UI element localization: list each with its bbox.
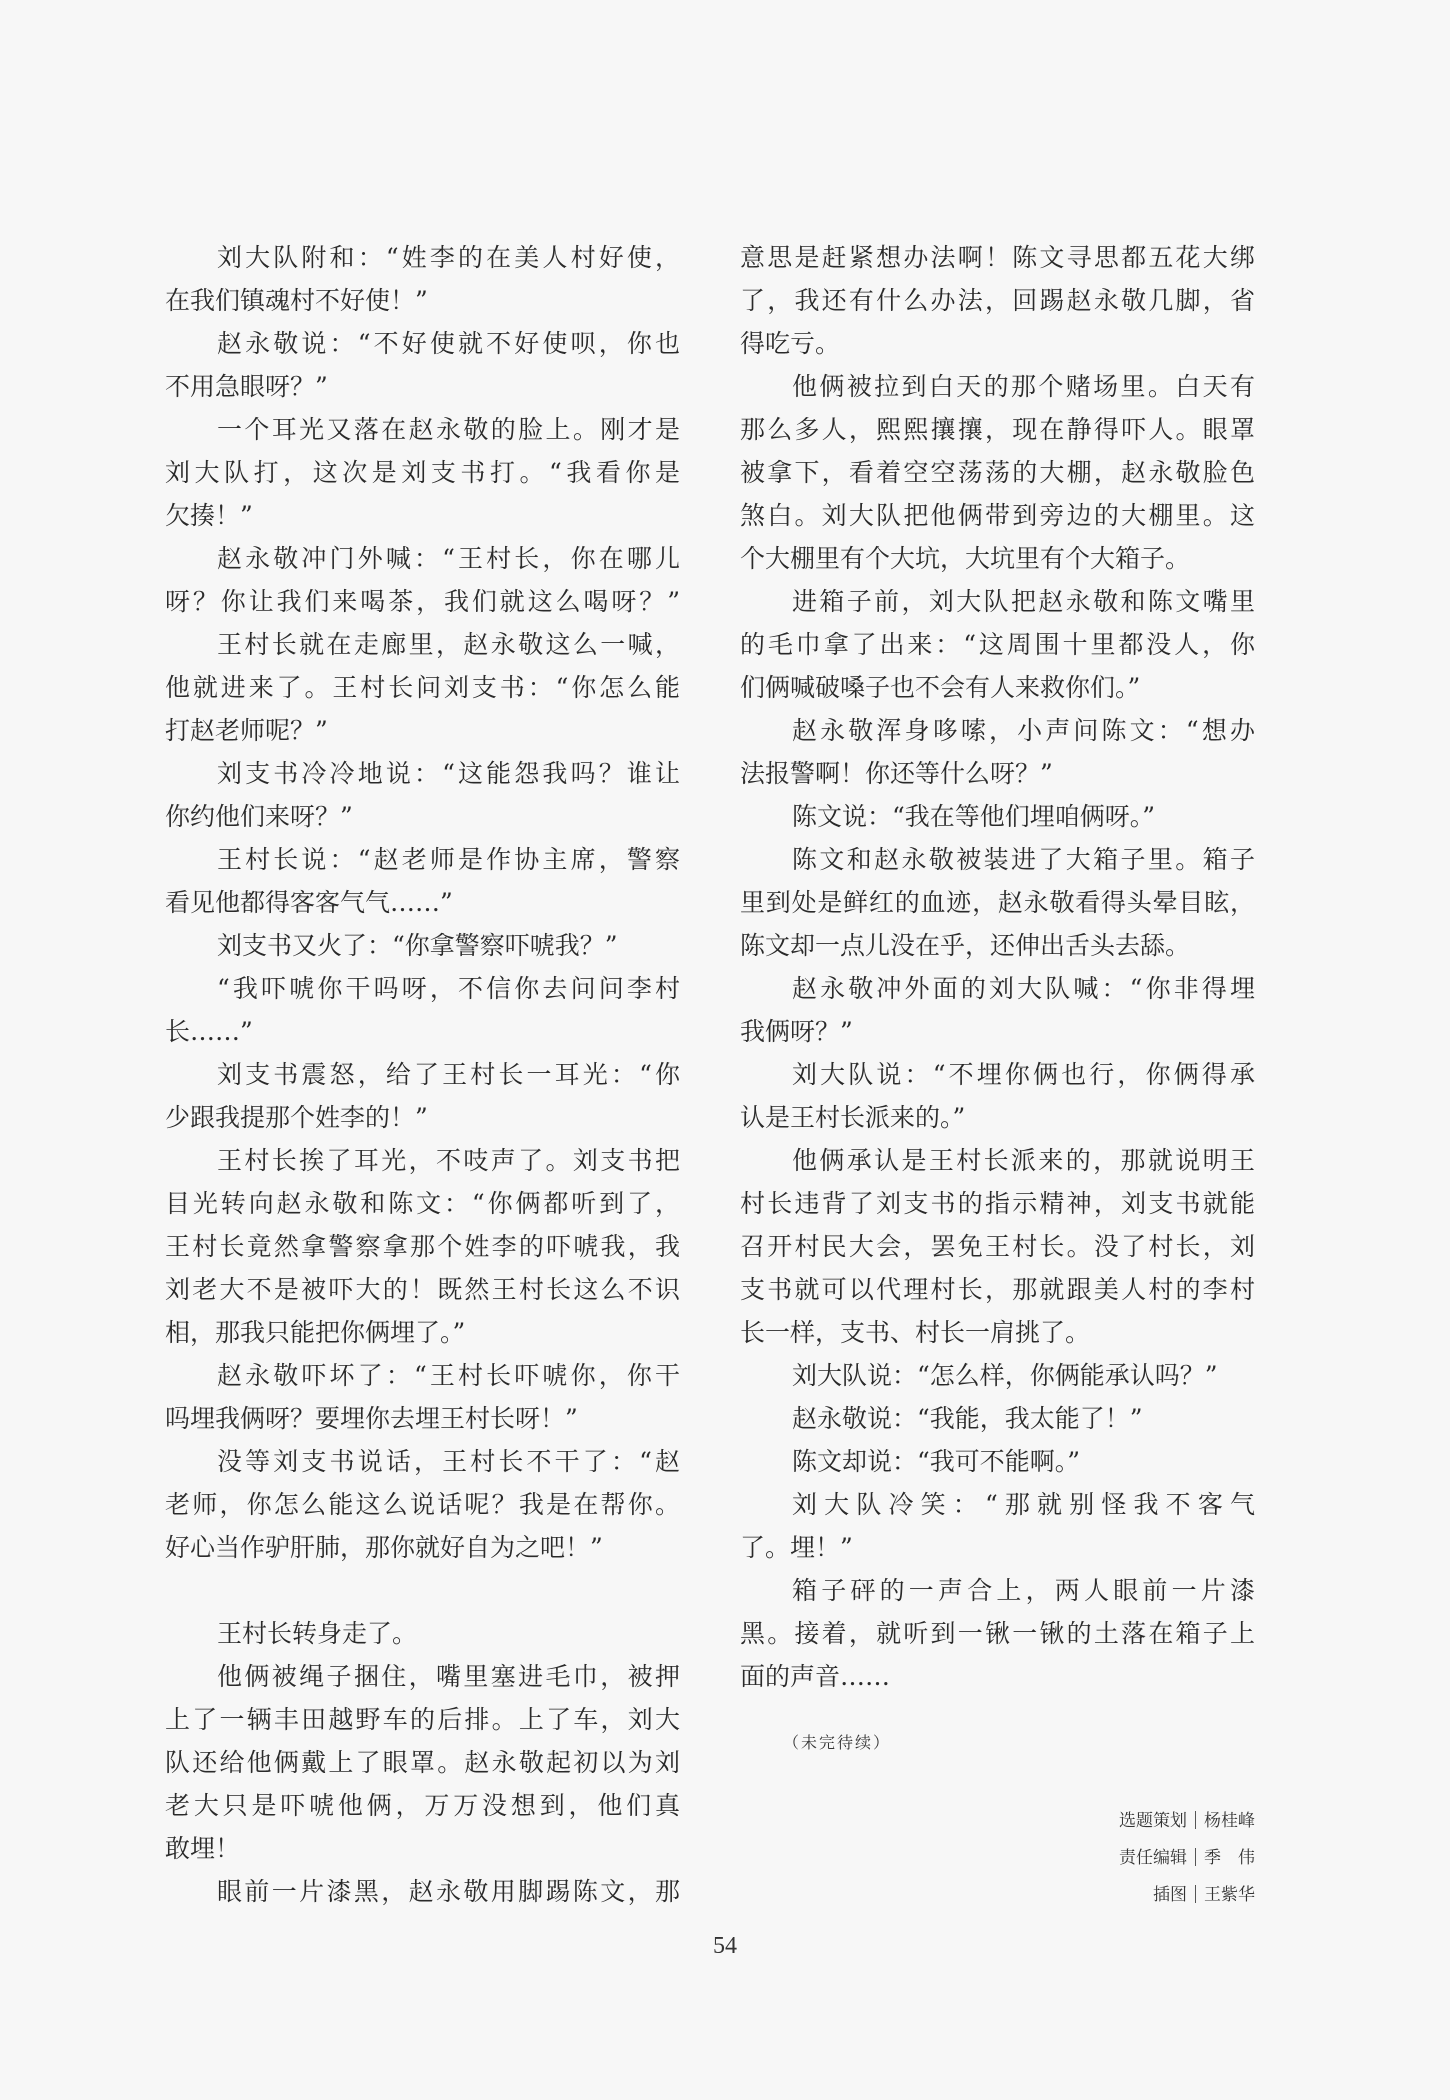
text-line: 面的声音……: [740, 1655, 1255, 1698]
text-line: 赵永敬浑身哆嗦，小声问陈文：“想办: [740, 709, 1255, 752]
text-line: 们俩喊破嗓子也不会有人来救你们。”: [740, 666, 1255, 709]
credit-divider: [1195, 1885, 1196, 1903]
credit-name: 王紫华: [1204, 1885, 1255, 1905]
credit-illustrator: 插图王紫华: [1119, 1880, 1255, 1917]
text-line: 赵永敬冲外面的刘大队喊：“你非得埋: [740, 967, 1255, 1010]
text-line: 王村长说：“赵老师是作协主席，警察: [165, 838, 680, 881]
credit-role: 插图: [1153, 1885, 1187, 1905]
text-line: 欠揍！”: [165, 494, 680, 537]
credit-role: 选题策划: [1119, 1811, 1187, 1831]
text-line: 了。埋！”: [740, 1526, 1255, 1569]
text-line: 认是王村长派来的。”: [740, 1096, 1255, 1139]
paragraph-gap: [165, 1569, 680, 1612]
text-line: 陈文却一点儿没在乎，还伸出舌头去舔。: [740, 924, 1255, 967]
text-line: 我俩呀？”: [740, 1010, 1255, 1053]
to-be-continued-note: （未完待续）: [783, 1730, 891, 1753]
text-line: 长一样，支书、村长一肩挑了。: [740, 1311, 1255, 1354]
text-line: 了，我还有什么办法，回踢赵永敬几脚，省: [740, 279, 1255, 322]
credit-role: 责任编辑: [1119, 1848, 1187, 1868]
left-column: 刘大队附和：“姓李的在美人村好使，在我们镇魂村不好使！”赵永敬说：“不好使就不好…: [165, 236, 680, 1913]
text-line: 他俩承认是王村长派来的，那就说明王: [740, 1139, 1255, 1182]
page-number: 54: [0, 1933, 1450, 1960]
text-line: 长……”: [165, 1010, 680, 1053]
text-line: 没等刘支书说话，王村长不干了：“赵: [165, 1440, 680, 1483]
text-line: 法报警啊！你还等什么呀？”: [740, 752, 1255, 795]
text-line: 王村长就在走廊里，赵永敬这么一喊，: [165, 623, 680, 666]
text-line: 刘大队说：“怎么样，你俩能承认吗？”: [740, 1354, 1255, 1397]
text-line: 意思是赶紧想办法啊！陈文寻思都五花大绑: [740, 236, 1255, 279]
credit-name: 杨桂峰: [1204, 1811, 1255, 1831]
text-line: 陈文说：“我在等他们埋咱俩呀。”: [740, 795, 1255, 838]
text-line: 村长违背了刘支书的指示精神，刘支书就能: [740, 1182, 1255, 1225]
text-line: 老师，你怎么能这么说话呢？我是在帮你。: [165, 1483, 680, 1526]
text-line: 不用急眼呀？”: [165, 365, 680, 408]
text-line: 刘大队打，这次是刘支书打。“我看你是: [165, 451, 680, 494]
text-line: 吗埋我俩呀？要埋你去埋王村长呀！”: [165, 1397, 680, 1440]
text-line: 好心当作驴肝肺，那你就好自为之吧！”: [165, 1526, 680, 1569]
text-line: 赵永敬吓坏了：“王村长吓唬你，你干: [165, 1354, 680, 1397]
text-line: 个大棚里有个大坑，大坑里有个大箱子。: [740, 537, 1255, 580]
text-line: 刘老大不是被吓大的！既然王村长这么不识: [165, 1268, 680, 1311]
text-line: 他俩被绳子捆住，嘴里塞进毛巾，被押: [165, 1655, 680, 1698]
text-line: 煞白。刘大队把他俩带到旁边的大棚里。这: [740, 494, 1255, 537]
text-line: 箱子砰的一声合上，两人眼前一片漆: [740, 1569, 1255, 1612]
text-line: “我吓唬你干吗呀，不信你去问问李村: [165, 967, 680, 1010]
text-line: 刘大队附和：“姓李的在美人村好使，: [165, 236, 680, 279]
text-line: 相，那我只能把你俩埋了。”: [165, 1311, 680, 1354]
text-line: 在我们镇魂村不好使！”: [165, 279, 680, 322]
text-line: 赵永敬说：“我能，我太能了！”: [740, 1397, 1255, 1440]
text-line: 王村长挨了耳光，不吱声了。刘支书把: [165, 1139, 680, 1182]
text-line: 少跟我提那个姓李的！”: [165, 1096, 680, 1139]
text-line: 刘大队说：“不埋你俩也行，你俩得承: [740, 1053, 1255, 1096]
text-line: 的毛巾拿了出来：“这周围十里都没人，你: [740, 623, 1255, 666]
text-line: 刘大队冷笑：“那就别怪我不客气: [740, 1483, 1255, 1526]
text-line: 刘支书冷冷地说：“这能怨我吗？谁让: [165, 752, 680, 795]
text-line: 刘支书又火了：“你拿警察吓唬我？”: [165, 924, 680, 967]
text-line: 他俩被拉到白天的那个赌场里。白天有: [740, 365, 1255, 408]
text-line: 陈文和赵永敬被装进了大箱子里。箱子: [740, 838, 1255, 881]
text-line: 敢埋！: [165, 1827, 680, 1870]
text-line: 队还给他俩戴上了眼罩。赵永敬起初以为刘: [165, 1741, 680, 1784]
text-line: 支书就可以代理村长，那就跟美人村的李村: [740, 1268, 1255, 1311]
text-line: 呀？你让我们来喝茶，我们就这么喝呀？”: [165, 580, 680, 623]
text-line: 王村长竟然拿警察拿那个姓李的吓唬我，我: [165, 1225, 680, 1268]
text-line: 他就进来了。王村长问刘支书：“你怎么能: [165, 666, 680, 709]
credit-divider: [1195, 1811, 1196, 1829]
text-line: 得吃亏。: [740, 322, 1255, 365]
text-line: 被拿下，看着空空荡荡的大棚，赵永敬脸色: [740, 451, 1255, 494]
text-line: 老大只是吓唬他俩，万万没想到，他们真: [165, 1784, 680, 1827]
editorial-credits: 选题策划杨桂峰 责任编辑季 伟 插图王紫华: [1119, 1806, 1255, 1917]
text-line: 目光转向赵永敬和陈文：“你俩都听到了，: [165, 1182, 680, 1225]
credit-topic-planner: 选题策划杨桂峰: [1119, 1806, 1255, 1843]
text-line: 黑。接着，就听到一锹一锹的土落在箱子上: [740, 1612, 1255, 1655]
text-line: 那么多人，熙熙攘攘，现在静得吓人。眼罩: [740, 408, 1255, 451]
text-line: 看见他都得客客气气……”: [165, 881, 680, 924]
text-line: 刘支书震怒，给了王村长一耳光：“你: [165, 1053, 680, 1096]
credit-name: 季 伟: [1204, 1848, 1255, 1868]
credit-responsible-editor: 责任编辑季 伟: [1119, 1843, 1255, 1880]
text-line: 里到处是鲜红的血迹，赵永敬看得头晕目眩，: [740, 881, 1255, 924]
text-line: 眼前一片漆黑，赵永敬用脚踢陈文，那: [165, 1870, 680, 1913]
text-line: 赵永敬冲门外喊：“王村长，你在哪儿: [165, 537, 680, 580]
credit-divider: [1195, 1848, 1196, 1866]
text-line: 召开村民大会，罢免王村长。没了村长，刘: [740, 1225, 1255, 1268]
text-line: 王村长转身走了。: [165, 1612, 680, 1655]
text-line: 进箱子前，刘大队把赵永敬和陈文嘴里: [740, 580, 1255, 623]
text-line: 赵永敬说：“不好使就不好使呗，你也: [165, 322, 680, 365]
text-line: 你约他们来呀？”: [165, 795, 680, 838]
text-line: 陈文却说：“我可不能啊。”: [740, 1440, 1255, 1483]
right-column: 意思是赶紧想办法啊！陈文寻思都五花大绑了，我还有什么办法，回踢赵永敬几脚，省得吃…: [740, 236, 1255, 1698]
text-line: 一个耳光又落在赵永敬的脸上。刚才是: [165, 408, 680, 451]
text-line: 打赵老师呢？”: [165, 709, 680, 752]
text-line: 上了一辆丰田越野车的后排。上了车，刘大: [165, 1698, 680, 1741]
